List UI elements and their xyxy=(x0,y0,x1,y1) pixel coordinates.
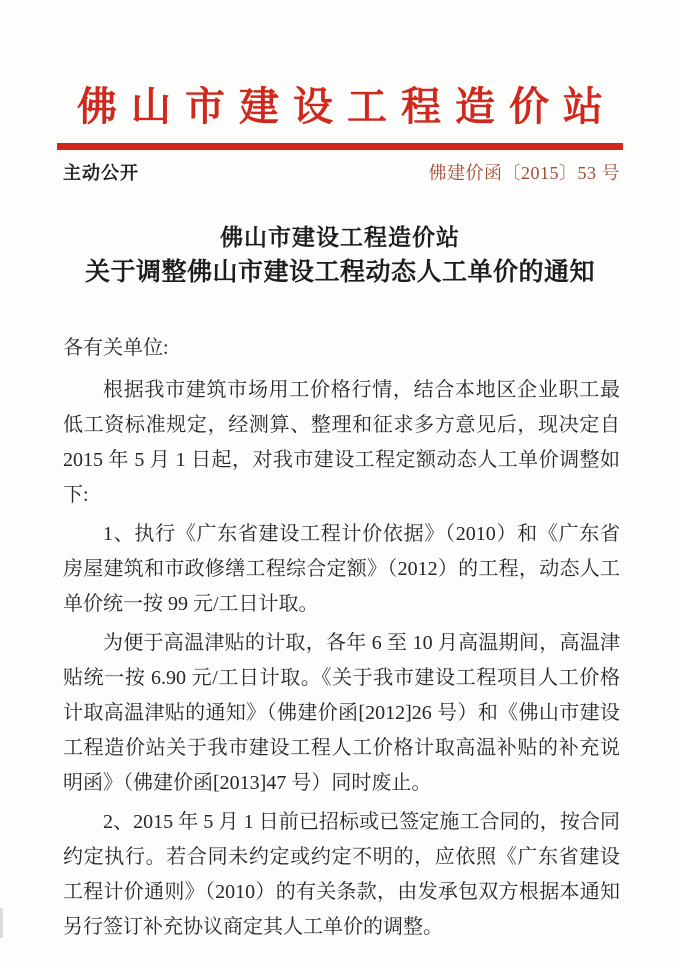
scan-artifact xyxy=(0,908,3,938)
paragraph-item-2: 2、2015 年 5 月 1 日前已招标或已签定施工合同的，按合同约定执行。若合… xyxy=(63,805,620,945)
meta-row: 主动公开 佛建价函〔2015〕53 号 xyxy=(63,161,620,185)
letterhead: 佛山市建设工程造价站 xyxy=(0,84,680,150)
doc-title: 佛山市建设工程造价站 关于调整佛山市建设工程动态人工单价的通知 xyxy=(0,222,680,290)
org-name-heading: 佛山市建设工程造价站 xyxy=(0,84,680,130)
salutation: 各有关单位: xyxy=(63,331,620,366)
doc-title-line1: 佛山市建设工程造价站 xyxy=(0,222,680,253)
letterhead-divider xyxy=(57,143,623,150)
doc-body: 各有关单位: 根据我市建筑市场用工价格行情，结合本地区企业职工最低工资标准规定，… xyxy=(63,331,620,945)
doc-title-line2: 关于调整佛山市建设工程动态人工单价的通知 xyxy=(0,256,680,290)
paragraph-high-temp-allowance: 为便于高温津贴的计取，各年 6 至 10 月高温期间，高温津贴统一按 6.90 … xyxy=(63,626,620,801)
paragraph-item-1: 1、执行《广东省建设工程计价依据》（2010）和《广东省房屋建筑和市政修缮工程综… xyxy=(63,517,620,622)
doc-number: 佛建价函〔2015〕53 号 xyxy=(429,161,621,185)
document-page: 佛山市建设工程造价站 主动公开 佛建价函〔2015〕53 号 佛山市建设工程造价… xyxy=(0,0,680,963)
paragraph-intro: 根据我市建筑市场用工价格行情，结合本地区企业职工最低工资标准规定，经测算、整理和… xyxy=(63,373,620,513)
disclosure-label: 主动公开 xyxy=(63,161,139,185)
